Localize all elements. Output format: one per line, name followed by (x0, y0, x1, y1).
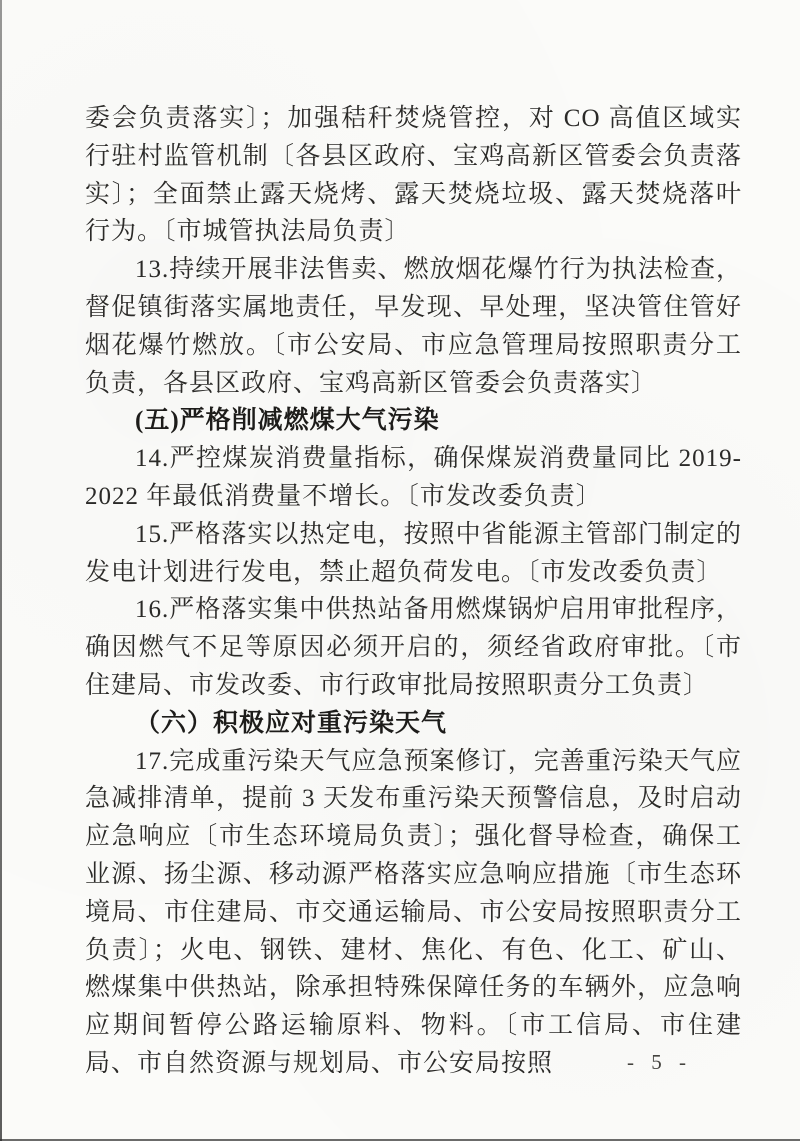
scan-edge-left (0, 0, 2, 1141)
paragraph-item-14: 14.严控煤炭消费量指标，确保煤炭消费量同比 2019-2022 年最低消费量不… (85, 440, 742, 516)
document-body: 委会负责落实〕；加强秸秆焚烧管控，对 CO 高值区域实行驻村监管机制〔各县区政府… (85, 100, 742, 1083)
paragraph-item-13: 13.持续开展非法售卖、燃放烟花爆竹行为执法检查，督促镇街落实属地责任，早发现、… (85, 251, 742, 402)
scanned-document-page: 委会负责落实〕；加强秸秆焚烧管控，对 CO 高值区域实行驻村监管机制〔各县区政府… (0, 0, 800, 1141)
page-number: - 5 - (627, 1050, 692, 1075)
section-heading-6: （六）积极应对重污染天气 (85, 705, 742, 743)
paragraph-item-15: 15.严格落实以热定电，按照中省能源主管部门制定的发电计划进行发电，禁止超负荷发… (85, 516, 742, 592)
section-heading-5: (五)严格削减燃煤大气污染 (85, 402, 742, 440)
paragraph-continuation: 委会负责落实〕；加强秸秆焚烧管控，对 CO 高值区域实行驻村监管机制〔各县区政府… (85, 100, 742, 251)
paragraph-item-17: 17.完成重污染天气应急预案修订，完善重污染天气应急减排清单，提前 3 天发布重… (85, 743, 742, 1083)
paragraph-item-16: 16.严格落实集中供热站备用燃煤锅炉启用审批程序，确因燃气不足等原因必须开启的，… (85, 591, 742, 704)
